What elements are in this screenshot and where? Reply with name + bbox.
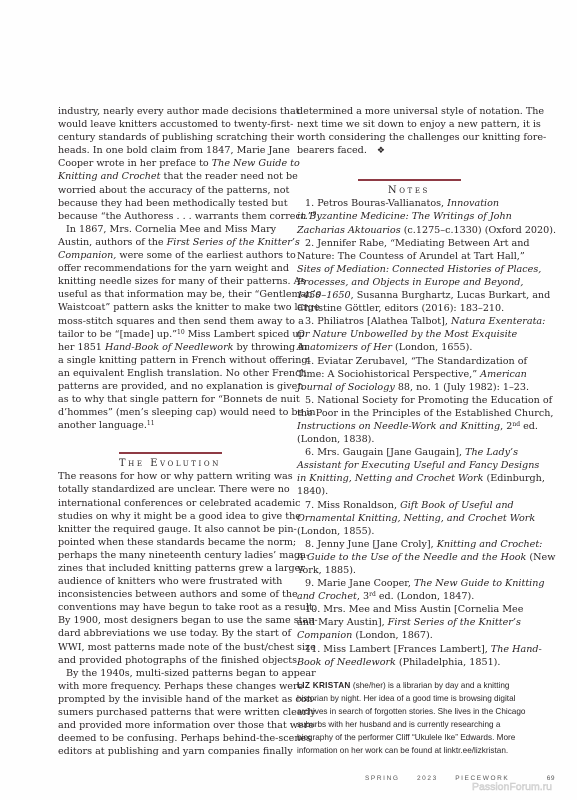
book-title: 1450–1650: [297, 290, 351, 301]
text-line: sumers purchased patterns that were writ…: [58, 706, 282, 719]
text-run: because “the Authoress . . . warrants th…: [58, 211, 313, 222]
text-line: LIZ KRISTAN (she/her) is a librarian by …: [297, 679, 521, 692]
text-line: Companion, were some of the earliest aut…: [58, 249, 282, 262]
text-run: , 2: [500, 421, 512, 432]
book-title: in Knitting, Netting and Crochet Work: [297, 473, 483, 484]
text-line: d’hommes” (men’s sleeping cap) would nee…: [58, 406, 282, 419]
book-title: in Byzantine Medicine: The Writings of J…: [297, 211, 512, 222]
note-line: Time: A Sociohistorical Perspective,” Am…: [297, 368, 521, 381]
footnote-ref: 11: [147, 420, 155, 427]
book-title: A Guide to the Use of the Needle and the…: [297, 552, 526, 563]
book-title: The New Guide to: [212, 158, 300, 169]
text-run: , Susanna Burghartz, Lucas Burkart, and: [351, 290, 551, 301]
text-line: determined a more universal style of not…: [297, 105, 521, 118]
text-line: By the 1940s, multi-sized patterns began…: [58, 667, 282, 680]
book-title: Innovation: [447, 198, 499, 209]
text-line: and provided more information over those…: [58, 719, 282, 732]
text-run: Christine Göttler, editors (2016): 183–2…: [297, 303, 504, 314]
text-line: dard abbreviations we use today. By the …: [58, 627, 282, 640]
text-line: a single knitting pattern in French with…: [58, 354, 282, 367]
book-title: The Lady’s: [465, 447, 518, 458]
text-run: (c.1275–c.1330) (Oxford 2020).: [401, 225, 556, 236]
text-run: 7. Miss Ronaldson,: [305, 500, 400, 511]
text-line: totally standardized are unclear. There …: [58, 483, 282, 496]
book-title: American: [480, 369, 527, 380]
text-run: 2. Jennifer Rabe, “Mediating Between Art…: [305, 238, 530, 249]
text-run: (London, 1838).: [297, 434, 374, 445]
text-run: 1840).: [297, 486, 328, 497]
note-line: A Guide to the Use of the Needle and the…: [297, 551, 521, 564]
text-line: Austin, authors of the First Series of t…: [58, 236, 282, 249]
text-run: 1. Petros Bouras-Vallianatos,: [305, 198, 447, 209]
book-title: Knitting and Crochet: [58, 171, 160, 182]
text-run: 10. Mrs. Mee and Miss Austin [Cornelia M…: [305, 604, 523, 615]
text-run: Time: A Sociohistorical Perspective,”: [297, 369, 480, 380]
book-title: First Series of the Knitter’s: [388, 617, 521, 628]
text-line: international conferences or celebrated …: [58, 497, 282, 510]
text-line: Waistcoat” pattern asks the knitter to m…: [58, 301, 282, 314]
text-line: next time we sit down to enjoy a new pat…: [297, 118, 521, 131]
ordinal-suffix: rd: [369, 591, 376, 598]
note-line: 11. Miss Lambert [Frances Lambert], The …: [297, 643, 521, 656]
text-line: editors at publishing and yarn companies…: [58, 745, 282, 758]
note-line: the Poor in the Principles of the Establ…: [297, 407, 521, 420]
author-name: LIZ KRISTAN: [297, 681, 351, 690]
note-line: 1450–1650, Susanna Burghartz, Lucas Burk…: [297, 289, 521, 302]
note-line: Anatomizers of Her (London, 1655).: [297, 341, 521, 354]
text-line: The reasons for how or why pattern writi…: [58, 470, 282, 483]
note-line: 1. Petros Bouras-Vallianatos, Innovation: [297, 197, 521, 210]
text-line: WWI, most patterns made note of the bust…: [58, 641, 282, 654]
text-line: prompted by the invisible hand of the ma…: [58, 693, 282, 706]
book-title: and Crochet: [297, 591, 357, 602]
author-bio: LIZ KRISTAN (she/her) is a librarian by …: [297, 679, 521, 758]
text-line: her 1851 Hand-Book of Needlework by thro…: [58, 341, 282, 354]
text-line: with more frequency. Perhaps these chang…: [58, 680, 282, 693]
text-run: 5. National Society for Promoting the Ed…: [305, 395, 552, 406]
book-title: Hand-Book of Needlework: [105, 342, 234, 353]
note-line: Processes, and Objects in Europe and Bey…: [297, 276, 521, 289]
note-line: 10. Mrs. Mee and Miss Austin [Cornelia M…: [297, 603, 521, 616]
note-line: 5. National Society for Promoting the Ed…: [297, 394, 521, 407]
note-line: Or Nature Unbowelled by the Most Exquisi…: [297, 328, 521, 341]
text-run: and Mary Austin],: [297, 617, 388, 628]
text-line: worried about the accuracy of the patter…: [58, 184, 282, 197]
note-line: and Crochet, 3rd ed. (London, 1847).: [297, 590, 521, 603]
text-line: heads. In one bold claim from 1847, Mari…: [58, 144, 282, 157]
text-run: 11. Miss Lambert [Frances Lambert],: [305, 644, 491, 655]
note-line: 4. Eviatar Zerubavel, “The Standardizati…: [297, 355, 521, 368]
text-line: tailor to be “[made] up.”10 Miss Lambert…: [58, 328, 282, 341]
watermark: PassionForum.ru: [472, 781, 552, 793]
book-title: Companion: [297, 630, 352, 641]
footer-season: SPRING: [365, 775, 400, 782]
book-title: Gift Book of Useful and: [400, 500, 514, 511]
book-title: Or Nature Unbowelled by the Most Exquisi…: [297, 329, 517, 340]
text-line: knitter the required gauge. It also cann…: [58, 523, 282, 536]
text-line: biography of the performer Cliff “Ukulel…: [297, 731, 521, 744]
text-line: bearers faced.❖: [297, 144, 521, 157]
section-rule: [119, 452, 222, 454]
text-line: archives in search of forgotten stories.…: [297, 705, 521, 718]
notes-heading: Notes: [297, 184, 521, 197]
note-line: York, 1885).: [297, 564, 521, 577]
text-run: (London, 1655).: [392, 342, 473, 353]
text-line: knitting needle sizes for many of their …: [58, 275, 282, 288]
book-title: Book of Needlework: [297, 657, 396, 668]
note-line: 7. Miss Ronaldson, Gift Book of Useful a…: [297, 499, 521, 512]
text-run: 8. Jenny June [Jane Croly],: [305, 539, 437, 550]
note-line: 3. Philiatros [Alathea Talbot], Natura E…: [297, 315, 521, 328]
text-run: tailor to be “[made] up.”: [58, 329, 177, 340]
text-run: 88, no. 1 (July 1982): 1–23.: [395, 382, 529, 393]
text-line: Cooper wrote in her preface to The New G…: [58, 157, 282, 170]
text-line: offer recommendations for the yarn weigh…: [58, 262, 282, 275]
text-run: were some of the earliest authors to: [116, 250, 295, 261]
text-line: industry, nearly every author made decis…: [58, 105, 282, 118]
note-line: and Mary Austin], First Series of the Kn…: [297, 616, 521, 629]
note-line: in Byzantine Medicine: The Writings of J…: [297, 210, 521, 223]
text-run: Austin, authors of the: [58, 237, 167, 248]
note-line: (London, 1838).: [297, 433, 521, 446]
text-line: as to why that single pattern for “Bonne…: [58, 393, 282, 406]
book-title: Sites of Mediation: Connected Histories …: [297, 264, 541, 275]
text-line: inconsistencies between authors and some…: [58, 588, 282, 601]
book-title: Anatomizers of Her: [297, 342, 392, 353]
text-run: the Poor in the Principles of the Establ…: [297, 408, 553, 419]
magazine-page: industry, nearly every author made decis…: [0, 0, 577, 800]
text-run: 9. Marie Jane Cooper,: [305, 578, 414, 589]
text-run: (London, 1855).: [297, 526, 374, 537]
notes-list: 1. Petros Bouras-Vallianatos, Innovation…: [297, 197, 521, 668]
text-run: her 1851: [58, 342, 105, 353]
book-title: Companion,: [58, 250, 116, 261]
notes-rule: [358, 179, 461, 181]
note-line: Journal of Sociology 88, no. 1 (July 198…: [297, 381, 521, 394]
text-line: century standards of publishing scratchi…: [58, 131, 282, 144]
text-run: ed.: [520, 421, 538, 432]
section-gap: [297, 157, 521, 179]
section-gap: [58, 432, 282, 452]
text-line: conventions may have begun to take root …: [58, 601, 282, 614]
text-line: historian by night. Her idea of a good t…: [297, 692, 521, 705]
text-run: (London, 1867).: [352, 630, 433, 641]
text-line: because “the Authoress . . . warrants th…: [58, 210, 282, 223]
text-run: York, 1885).: [297, 565, 356, 576]
book-title: The New Guide to Knitting: [414, 578, 545, 589]
text-line: another language.11: [58, 419, 282, 432]
book-title: First Series of the Knitter’s: [167, 237, 300, 248]
note-line: Companion (London, 1867).: [297, 629, 521, 642]
book-title: Zacharias Aktouarios: [297, 225, 401, 236]
footer-year: 2023: [417, 775, 438, 782]
text-line: studies on why it might be a good idea t…: [58, 510, 282, 523]
text-line: information on her work can be found at …: [297, 744, 521, 757]
text-run: 4. Eviatar Zerubavel, “The Standardizati…: [305, 356, 527, 367]
text-line: worth considering the challenges our kni…: [297, 131, 521, 144]
text-line: In 1867, Mrs. Cornelia Mee and Miss Mary: [58, 223, 282, 236]
text-line: useful as that information may be, their…: [58, 288, 282, 301]
text-line: and provided photographs of the finished…: [58, 654, 282, 667]
text-run: (she/her) is a librarian by day and a kn…: [351, 681, 510, 690]
text-run: Miss Lambert spiced up: [185, 329, 305, 340]
note-line: Zacharias Aktouarios (c.1275–c.1330) (Ox…: [297, 224, 521, 237]
note-line: Instructions on Needle-Work and Knitting…: [297, 420, 521, 433]
note-line: Christine Göttler, editors (2016): 183–2…: [297, 302, 521, 315]
text-line: audience of knitters who were frustrated…: [58, 575, 282, 588]
end-mark-icon: ❖: [377, 146, 385, 156]
book-title: Instructions on Needle-Work and Knitting: [297, 421, 500, 432]
footnote-ref: 10: [177, 329, 185, 336]
note-line: 6. Mrs. Gaugain [Jane Gaugain], The Lady…: [297, 446, 521, 459]
text-line: Knitting and Crochet that the reader nee…: [58, 170, 282, 183]
left-column: industry, nearly every author made decis…: [58, 105, 282, 758]
text-line: deemed to be confusing. Perhaps behind-t…: [58, 732, 282, 745]
text-run: bearers faced.: [297, 145, 367, 156]
text-line: By 1900, most designers began to use the…: [58, 614, 282, 627]
right-column: determined a more universal style of not…: [297, 105, 521, 757]
note-line: (London, 1855).: [297, 525, 521, 538]
text-line: patterns are provided, and no explanatio…: [58, 380, 282, 393]
note-line: in Knitting, Netting and Crochet Work (E…: [297, 472, 521, 485]
note-line: Ornamental Knitting, Netting, and Croche…: [297, 512, 521, 525]
text-run: another language.: [58, 420, 147, 431]
book-title: Natura Exenterata:: [451, 316, 545, 327]
note-line: 9. Marie Jane Cooper, The New Guide to K…: [297, 577, 521, 590]
book-title: Knitting and Crochet:: [437, 539, 543, 550]
book-title: Ornamental Knitting, Netting, and Croche…: [297, 513, 535, 524]
text-line: pointed when these standards became the …: [58, 536, 282, 549]
text-line: perhaps the many nineteenth century ladi…: [58, 549, 282, 562]
text-line: zines that included knitting patterns gr…: [58, 562, 282, 575]
book-title: Journal of Sociology: [297, 382, 395, 393]
text-run: (New: [526, 552, 555, 563]
book-title: Assistant for Executing Useful and Fancy…: [297, 460, 539, 471]
section-heading: The Evolution: [58, 457, 282, 470]
text-run: (Philadelphia, 1851).: [396, 657, 501, 668]
text-line: suburbs with her husband and is currentl…: [297, 718, 521, 731]
note-line: Nature: The Countess of Arundel at Tart …: [297, 250, 521, 263]
text-run: Cooper wrote in her preface to: [58, 158, 212, 169]
book-title: Processes, and Objects in Europe and Bey…: [297, 277, 523, 288]
text-run: Nature: The Countess of Arundel at Tart …: [297, 251, 525, 262]
note-line: 1840).: [297, 485, 521, 498]
text-run: 3. Philiatros [Alathea Talbot],: [305, 316, 451, 327]
text-run: ed. (London, 1847).: [376, 591, 474, 602]
note-line: Assistant for Executing Useful and Fancy…: [297, 459, 521, 472]
ordinal-suffix: nd: [512, 421, 520, 428]
text-run: that the reader need not be: [160, 171, 297, 182]
text-line: moss-stitch squares and then send them a…: [58, 315, 282, 328]
book-title: The Hand-: [491, 644, 542, 655]
note-line: 8. Jenny June [Jane Croly], Knitting and…: [297, 538, 521, 551]
text-line: an equivalent English translation. No ot…: [58, 367, 282, 380]
text-line: would leave knitters accustomed to twent…: [58, 118, 282, 131]
note-line: Sites of Mediation: Connected Histories …: [297, 263, 521, 276]
text-run: 6. Mrs. Gaugain [Jane Gaugain],: [305, 447, 465, 458]
text-run: (Edinburgh,: [483, 473, 544, 484]
note-line: 2. Jennifer Rabe, “Mediating Between Art…: [297, 237, 521, 250]
note-line: Book of Needlework (Philadelphia, 1851).: [297, 656, 521, 669]
text-line: because they had been methodically teste…: [58, 197, 282, 210]
text-run: , 3: [357, 591, 369, 602]
